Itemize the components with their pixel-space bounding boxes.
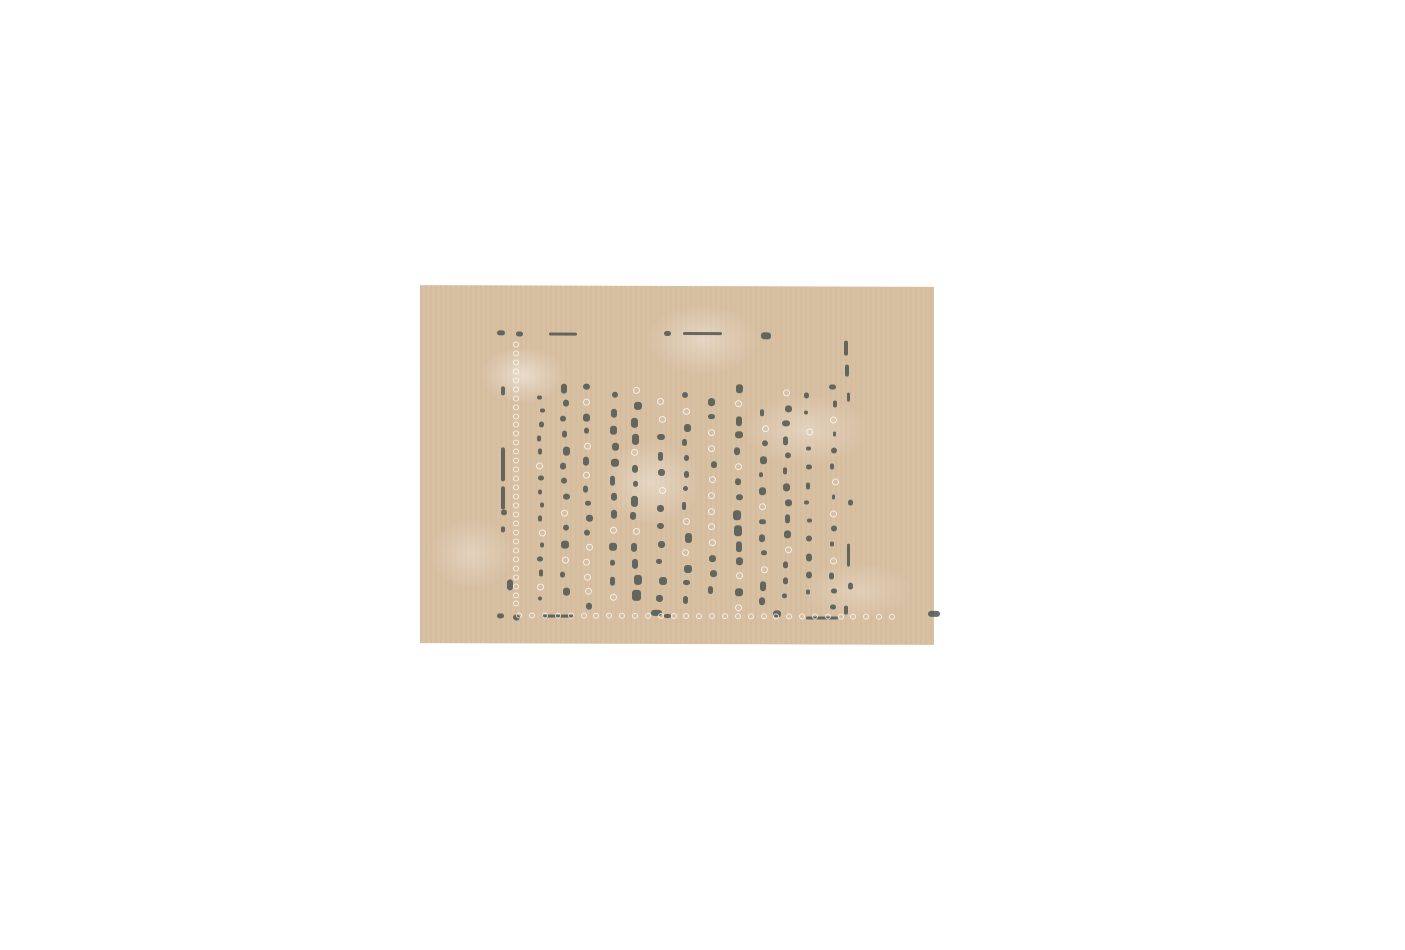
rug-pattern-dot: [761, 550, 767, 555]
rug-ring-dot: [825, 613, 831, 619]
rug-pattern-dot: [736, 494, 744, 500]
rug-pattern-dot: [785, 405, 792, 413]
rug-pattern-dot: [632, 559, 638, 569]
rug-pattern-dot: [682, 439, 687, 446]
rug-pattern-dot: [682, 549, 689, 556]
rug-pattern-dot: [736, 541, 743, 552]
rug-ring-dot: [555, 612, 561, 618]
rug-ring-dot: [513, 395, 519, 401]
rug-ring-dot: [513, 538, 519, 544]
rug-pattern-dot: [583, 384, 590, 390]
rug-pattern-dot: [540, 503, 544, 508]
rug-pattern-dot: [537, 435, 541, 441]
rug-pattern-dot: [829, 385, 835, 390]
rug-pattern-dot: [540, 409, 545, 413]
rug-pattern-dot: [783, 577, 788, 584]
rug-pattern-dot: [760, 409, 765, 416]
rug-pattern-dot: [759, 535, 765, 543]
rug-ring-dot: [513, 449, 519, 455]
rug-ring-dot: [513, 485, 519, 491]
rug-pattern-dot: [631, 418, 638, 429]
rug-pattern-dot: [683, 580, 690, 585]
rug-pattern-dot: [806, 482, 810, 489]
rug-ring-dot: [513, 467, 519, 473]
rug-pattern-dot: [631, 543, 637, 552]
rug-pattern-dot: [659, 487, 666, 494]
rug-border-mark: [844, 605, 848, 614]
rug-pattern-dot: [658, 469, 665, 475]
rug-ring-dot: [799, 613, 805, 619]
rug-pattern-dot: [734, 447, 740, 455]
rug-border-mark: [845, 365, 849, 376]
rug-border-mark: [501, 487, 505, 509]
rug-ring-dot: [619, 612, 625, 618]
rug-border-mark: [848, 583, 853, 590]
rug-pattern-dot: [833, 432, 837, 436]
rug-ring-dot: [513, 511, 519, 517]
rug-pattern-dot: [709, 539, 716, 546]
rug-ring-dot: [889, 613, 895, 619]
rug-pattern-dot: [708, 398, 716, 406]
rug-ring-dot: [513, 547, 519, 553]
rug-pattern-dot: [804, 500, 809, 504]
rug-pattern-dot: [657, 505, 663, 512]
rug-pattern-dot: [733, 510, 741, 520]
rug-pattern-dot: [561, 541, 568, 549]
rug-pattern-dot: [736, 557, 743, 565]
rug-pattern-dot: [682, 392, 688, 398]
rug-ring-dot: [683, 613, 689, 619]
rug-ring-dot: [513, 583, 519, 589]
rug-ring-dot: [529, 612, 535, 618]
rug-ring-dot: [513, 565, 519, 571]
rug-ring-dot: [513, 476, 519, 482]
rug-border-mark: [844, 340, 848, 356]
rug-pattern-dot: [612, 442, 619, 451]
rug-pattern-dot: [583, 457, 588, 466]
rug-pattern-dot: [538, 449, 542, 455]
rug-pattern-dot: [806, 536, 812, 541]
rug-pattern-dot: [561, 509, 568, 516]
rug-pattern-dot: [562, 556, 569, 563]
rug-ring-dot: [513, 494, 519, 500]
rug-pattern-dot: [657, 523, 663, 529]
rug-pattern-dot: [633, 387, 640, 394]
rug-pattern-dot: [806, 429, 813, 436]
rug-pattern-dot: [832, 479, 839, 486]
rug-ring-dot: [606, 612, 612, 618]
rug-ring-dot: [581, 612, 587, 618]
rug-pattern-dot: [634, 402, 642, 410]
rug-pattern-dot: [735, 432, 743, 439]
rug-pattern-dot: [806, 554, 812, 561]
rug-pattern-dot: [735, 479, 742, 485]
rug-pattern-dot: [583, 559, 590, 566]
rug-ring-dot: [513, 574, 519, 580]
rug-border-mark: [664, 614, 670, 618]
rug-pattern-dot: [806, 590, 810, 594]
rug-pattern-dot: [538, 489, 542, 495]
rug-pattern-dot: [830, 542, 834, 547]
rug-pattern-dot: [806, 572, 812, 579]
rug-pattern-dot: [538, 516, 542, 522]
rug-pattern-dot: [735, 588, 743, 596]
rug-ring-dot: [761, 613, 767, 619]
rug-pattern-dot: [761, 566, 768, 573]
rug-pattern-dot: [586, 602, 592, 609]
rug-pattern-dot: [830, 557, 837, 564]
rug-pattern-dot: [785, 499, 792, 507]
rug-pattern-dot: [830, 604, 836, 609]
rug-border-mark: [848, 499, 853, 506]
rug-pattern-dot: [657, 398, 664, 405]
rug: [420, 285, 934, 645]
rug-pattern-dot: [734, 526, 742, 537]
rug-pattern-dot: [708, 586, 713, 595]
rug-pattern-dot: [684, 455, 689, 461]
rug-pattern-dot: [735, 463, 742, 470]
rug-pattern-dot: [584, 428, 589, 434]
rug-pattern-dot: [683, 596, 688, 604]
rug-ring-dot: [773, 613, 779, 619]
rug-pattern-dot: [708, 523, 715, 530]
rug-pattern-dot: [634, 574, 642, 585]
rug-pattern-dot: [711, 461, 717, 468]
rug-pattern-dot: [759, 519, 767, 524]
rug-pattern-dot: [538, 597, 542, 601]
rug-pattern-dot: [804, 393, 809, 398]
rug-pattern-dot: [631, 449, 638, 456]
rug-border-mark: [501, 448, 505, 482]
rug-pattern-dot: [759, 597, 766, 605]
rug-ring-dot: [593, 612, 599, 618]
rug-pattern-dot: [610, 593, 617, 600]
rug-pattern-dot: [831, 448, 837, 454]
rug-pattern-dot: [659, 416, 666, 423]
rug-pattern-dot: [610, 476, 615, 485]
rug-pattern-dot: [783, 483, 791, 491]
rug-ring-dot: [645, 613, 651, 619]
rug-ring-dot: [850, 613, 856, 619]
rug-pattern-dot: [583, 471, 590, 478]
rug-pattern-dot: [735, 604, 742, 611]
rug-ring-dot: [513, 601, 519, 607]
rug-pattern-dot: [807, 518, 812, 523]
rug-pattern-dot: [584, 530, 591, 536]
rug-pattern-dot: [586, 515, 593, 522]
rug-pattern-dot: [708, 492, 715, 499]
rug-ring-dot: [748, 613, 754, 619]
rug-pattern-dot: [708, 429, 715, 436]
rug-pattern-dot: [682, 502, 687, 510]
rug-pattern-dot: [656, 559, 662, 564]
rug-ring-dot: [513, 368, 519, 374]
rug-pattern-dot: [760, 456, 767, 464]
rug-ring-dot: [516, 612, 522, 618]
rug-pattern-dot: [759, 488, 766, 496]
rug-ring-dot: [513, 413, 519, 419]
rug-ring-dot: [513, 350, 519, 356]
rug-ring-dot: [671, 613, 677, 619]
rug-pattern-dot: [584, 573, 591, 580]
rug-border-mark: [806, 616, 838, 619]
rug-border-mark: [497, 613, 503, 619]
rug-pattern-dot: [611, 493, 617, 501]
rug-ring-dot: [513, 386, 519, 392]
rug-pattern-dot: [563, 400, 569, 407]
rug-pattern-dot: [708, 445, 715, 452]
rug-pattern-dot: [656, 595, 663, 602]
rug-ring-dot: [513, 556, 519, 562]
rug-pattern-dot: [632, 590, 641, 600]
rug-pattern-dot: [683, 518, 690, 525]
rug-ring-dot: [812, 613, 818, 619]
rug-pattern-dot: [633, 481, 639, 487]
rug-pattern-dot: [736, 416, 742, 426]
rug-ring-dot: [709, 613, 715, 619]
rug-pattern-dot: [585, 500, 591, 505]
rug-pattern-dot: [833, 401, 837, 407]
rug-pattern-dot: [684, 424, 692, 433]
rug-ring-dot: [696, 613, 702, 619]
rug-pattern-dot: [632, 434, 639, 445]
rug-pattern-dot: [537, 583, 544, 590]
rug-pattern-dot: [536, 462, 543, 469]
rug-pattern-dot: [563, 525, 569, 530]
rug-pattern-dot: [609, 543, 617, 551]
rug-pattern-dot: [830, 510, 837, 517]
rug-pattern-dot: [683, 408, 690, 415]
rug-pattern-dot: [631, 496, 639, 507]
rug-pattern-dot: [785, 515, 790, 524]
rug-border-mark: [501, 386, 505, 395]
rug-ring-dot: [513, 529, 519, 535]
rug-pattern-dot: [736, 385, 743, 394]
rug-pattern-dot: [539, 529, 546, 536]
rug-ring-dot: [722, 613, 728, 619]
rug-pattern-dot: [829, 573, 833, 579]
rug-pattern-dot: [561, 478, 567, 484]
rug-pattern-dot: [759, 472, 764, 478]
rug-pattern-dot: [709, 555, 716, 562]
rug-pattern-dot: [831, 589, 837, 594]
rug-pattern-dot: [759, 503, 766, 510]
rug-border-mark: [549, 333, 577, 336]
rug-pattern-dot: [563, 494, 570, 500]
rug-pattern-dot: [710, 570, 717, 577]
rug-pattern-dot: [611, 510, 617, 519]
rug-border-mark: [847, 393, 851, 402]
rug-pattern-dot: [583, 413, 590, 422]
rug-pattern-dot: [783, 389, 790, 396]
rug-pattern-dot: [611, 409, 617, 418]
rug-ring-dot: [786, 613, 792, 619]
rug-pattern-dot: [540, 543, 544, 547]
rug-pattern-dot: [783, 468, 788, 474]
rug-ring-dot: [513, 341, 519, 347]
rug-border-mark: [507, 580, 512, 591]
rug-pattern-dot: [804, 411, 808, 415]
rug-pattern-dot: [539, 570, 544, 577]
rug-pattern-dot: [659, 577, 666, 585]
rug-ring-dot: [863, 613, 869, 619]
rug-ring-dot: [568, 612, 574, 618]
rug-pattern-dot: [610, 560, 615, 566]
rug-pattern-dot: [784, 530, 791, 538]
rug-border-mark: [761, 332, 771, 339]
rug-pattern-dot: [762, 425, 769, 432]
rug-pattern-dot: [709, 476, 716, 483]
rug-pattern-dot: [658, 451, 663, 460]
rug-ring-dot: [513, 592, 519, 598]
rug-pattern-dot: [630, 512, 636, 520]
rug-ring-dot: [513, 404, 519, 410]
rug-ring-dot: [513, 431, 519, 437]
rug-ring-dot: [513, 502, 519, 508]
rug-border-mark: [497, 330, 505, 336]
rug-pattern-dot: [785, 546, 792, 553]
rug-pattern-dot: [785, 452, 790, 458]
rug-border-mark: [664, 331, 670, 337]
rug-pattern-dot: [708, 414, 715, 419]
rug-pattern-dot: [562, 431, 567, 437]
rug-pattern-dot: [782, 593, 787, 599]
rug-border-mark: [928, 611, 941, 617]
rug-pattern-dot: [684, 565, 692, 574]
rug-ring-dot: [513, 458, 519, 464]
rug-pattern-dot: [782, 421, 789, 427]
rug-ring-dot: [632, 613, 638, 619]
rug-pattern-dot: [783, 436, 788, 445]
rug-ring-dot: [513, 359, 519, 365]
rug-pattern-dot: [563, 447, 571, 456]
rug-ring-dot: [838, 613, 844, 619]
rug-pattern-dot: [685, 533, 692, 542]
rug-ring-dot: [876, 613, 882, 619]
rug-pattern-dot: [563, 588, 570, 596]
rug-pattern-dot: [735, 400, 742, 407]
rug-ring-dot: [658, 613, 664, 619]
rug-pattern-dot: [611, 459, 619, 467]
rug-pattern-dot: [612, 392, 618, 398]
rug-ring-dot: [735, 613, 741, 619]
rug-pattern-dot: [610, 577, 615, 586]
rug-pattern-dot: [610, 526, 617, 533]
rug-pattern-dot: [806, 446, 811, 450]
rug-pattern-dot: [584, 442, 591, 449]
rug-pattern-dot: [633, 527, 640, 534]
rug-pattern-dot: [632, 465, 638, 473]
rug-pattern-dot: [683, 486, 688, 491]
rug-pattern-dot: [610, 426, 618, 435]
rug-pattern-dot: [830, 463, 834, 470]
rug-pattern-dot: [560, 462, 567, 470]
rug-pattern-dot: [684, 471, 689, 479]
rug-border-mark: [501, 509, 507, 516]
rug-border-mark: [501, 526, 505, 533]
rug-pattern-dot: [708, 508, 715, 515]
rug-ring-dot: [542, 612, 548, 618]
rug-border-mark: [683, 332, 722, 335]
rug-pattern-dot: [586, 544, 593, 551]
rug-pattern-dot: [560, 415, 566, 421]
rug-pattern-dot: [583, 486, 588, 493]
rug-pattern-dot: [537, 395, 542, 399]
rug-pattern-dot: [832, 495, 836, 500]
rug-pattern-dot: [831, 526, 837, 532]
rug-border-mark: [516, 331, 522, 337]
rug-border-mark: [847, 544, 851, 566]
rug-pattern-dot: [537, 556, 543, 562]
rug-pattern-dot: [658, 541, 665, 548]
rug-pattern-dot: [657, 434, 665, 440]
rug-pattern-dot: [762, 441, 767, 447]
rug-pattern-dot: [539, 422, 544, 427]
rug-ring-dot: [513, 520, 519, 526]
rug-pattern-dot: [585, 588, 592, 595]
rug-ring-dot: [513, 422, 519, 428]
rug-pattern-dot: [830, 416, 837, 423]
rug-pattern-dot: [538, 476, 544, 480]
rug-pattern-dot: [783, 562, 788, 569]
rug-ring-dot: [513, 377, 519, 383]
rug-ring-dot: [513, 440, 519, 446]
rug-pattern-dot: [583, 399, 590, 406]
rug-pattern-dot: [560, 572, 565, 577]
rug-pattern-dot: [561, 384, 568, 393]
rug-pattern-dot: [736, 573, 743, 580]
rug-pattern-dot: [760, 582, 767, 591]
rug-pattern-dot: [806, 464, 812, 469]
